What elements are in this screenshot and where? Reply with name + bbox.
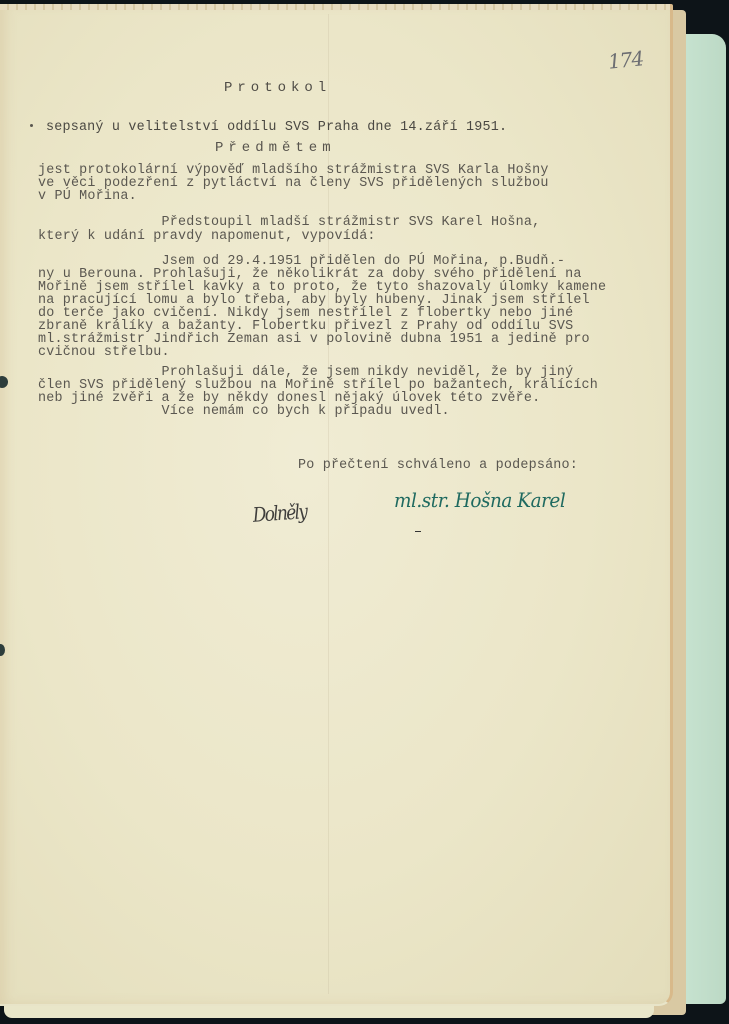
subject-heading: Předmětem bbox=[215, 140, 336, 156]
approval-line: Po přečtení schváleno a podepsáno: bbox=[298, 460, 578, 472]
witness-signature: ml.str. Hošna Karel bbox=[394, 488, 565, 512]
testimony-line: Více nemám co bych k případu uvedl. bbox=[38, 406, 450, 418]
paper-fold-line bbox=[328, 14, 329, 994]
intro-line: Předstoupil mladší strážmistr SVS Karel … bbox=[38, 217, 540, 229]
torn-top-edge bbox=[0, 4, 670, 10]
punch-hole-icon bbox=[0, 376, 8, 388]
intro-line: který k udání pravdy napomenut, vypovídá… bbox=[38, 231, 376, 243]
document-page: 174 Protokol sepsaný u velitelství oddíl… bbox=[0, 4, 673, 1006]
header-line: sepsaný u velitelství oddílu SVS Praha d… bbox=[46, 122, 507, 134]
ink-mark bbox=[415, 531, 421, 532]
punch-hole-icon bbox=[0, 644, 5, 656]
official-signature: Dolněly bbox=[252, 499, 307, 527]
margin-dot bbox=[30, 124, 33, 127]
document-title: Protokol bbox=[224, 80, 331, 96]
subject-text-line: v PÚ Mořina. bbox=[38, 191, 137, 203]
testimony-line: cvičnou střelbu. bbox=[38, 347, 170, 359]
handwritten-page-number: 174 bbox=[607, 46, 645, 74]
